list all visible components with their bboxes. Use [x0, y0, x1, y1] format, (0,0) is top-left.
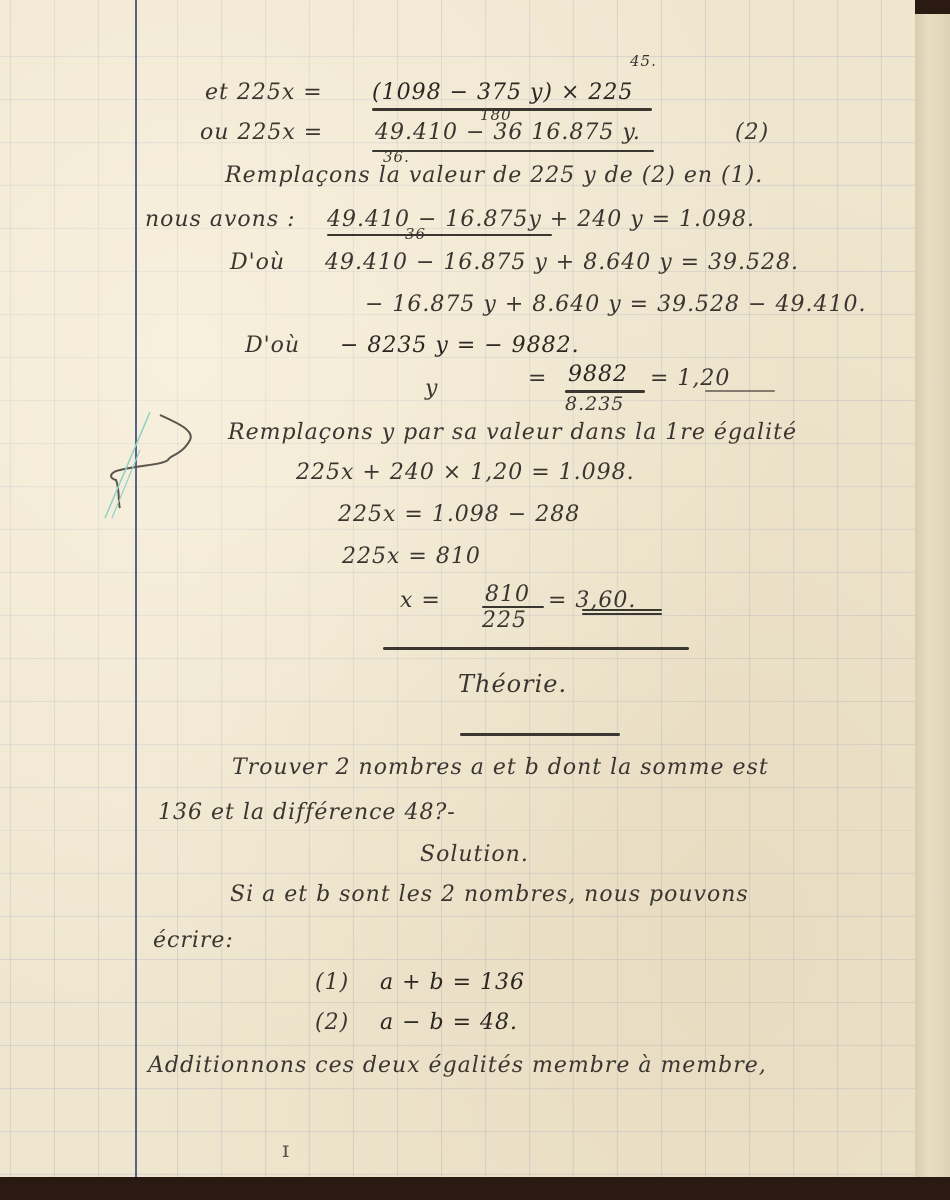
- section-divider-bottom: [460, 733, 620, 736]
- adjacent-page-edge: [915, 14, 950, 1177]
- eq-line5-expr: 49.410 − 16.875 y + 8.640 y = 39.528.: [325, 250, 799, 275]
- superscript-45: 45.: [630, 52, 657, 70]
- y-result: = 1,20: [650, 366, 730, 391]
- eq-line5-prefix: D'où: [230, 250, 285, 275]
- y-result-underline: [705, 390, 775, 392]
- y-denominator: 8.235: [565, 393, 624, 415]
- notebook-page: 45. et 225x = (1098 − 375 y) × 225 180 o…: [0, 0, 915, 1177]
- solution-line2: écrire:: [153, 928, 234, 953]
- x-numerator: 810: [485, 582, 530, 607]
- eq-line11: 225x = 1.098 − 288: [338, 502, 580, 527]
- solution-heading: Solution.: [420, 842, 529, 867]
- fraction-bar-3: [327, 234, 552, 236]
- equals-sign: =: [528, 366, 547, 391]
- eq-line12: 225x = 810: [342, 544, 481, 569]
- eq2-label: (2): [315, 1010, 349, 1035]
- section-divider-top: [383, 647, 689, 650]
- remplacons-line: Remplaçons la valeur de 225 y de (2) en …: [225, 163, 763, 188]
- problem-line1: Trouver 2 nombres a et b dont la somme e…: [232, 755, 769, 780]
- solution-line3: Additionnons ces deux égalités membre à …: [148, 1053, 767, 1078]
- margin-line: [135, 0, 137, 1177]
- eq-line7-expr: − 8235 y = − 9882.: [340, 333, 580, 358]
- eq-label-2: (2): [735, 120, 769, 145]
- solution-line1: Si a et b sont les 2 nombres, nous pouvo…: [230, 882, 749, 907]
- eq-line4-expr: 49.410 − 16.875y + 240 y = 1.098.: [327, 207, 755, 232]
- x-result-underline-2: [582, 613, 662, 615]
- eq-line7-prefix: D'où: [245, 333, 300, 358]
- fraction-bar-2: [372, 150, 654, 152]
- problem-line2: 136 et la différence 48?-: [158, 800, 456, 825]
- eq-line1-prefix: et 225x =: [205, 80, 323, 105]
- eq-line2-prefix: ou 225x =: [200, 120, 323, 145]
- eq-line1-numerator: (1098 − 375 y) × 225: [372, 80, 633, 105]
- eq-line6: − 16.875 y + 8.640 y = 39.528 − 49.410.: [365, 292, 866, 317]
- x-lhs: x =: [400, 588, 441, 613]
- theory-title: Théorie.: [458, 670, 567, 698]
- denominator-36-b: 36: [405, 225, 426, 243]
- x-denominator: 225: [482, 608, 527, 633]
- eq-line10: 225x + 240 × 1,20 = 1.098.: [296, 460, 635, 485]
- remplacons-y-line: Remplaçons y par sa valeur dans la 1re é…: [228, 420, 797, 445]
- eq-line2-expr: 49.410 − 36 16.875 y.: [375, 120, 641, 145]
- eq2-expr: a − b = 48.: [380, 1010, 518, 1035]
- fraction-bar-1: [372, 108, 652, 111]
- y-var: y: [425, 376, 438, 401]
- nous-avons-label: nous avons :: [145, 207, 296, 232]
- y-numerator: 9882: [568, 362, 628, 387]
- eq1-label: (1): [315, 970, 349, 995]
- eq1-expr: a + b = 136: [380, 970, 525, 995]
- ink-mark-icon: ɪ: [282, 1138, 289, 1163]
- x-result-underline-1: [582, 609, 662, 611]
- bracket-annotation-icon: [100, 410, 200, 520]
